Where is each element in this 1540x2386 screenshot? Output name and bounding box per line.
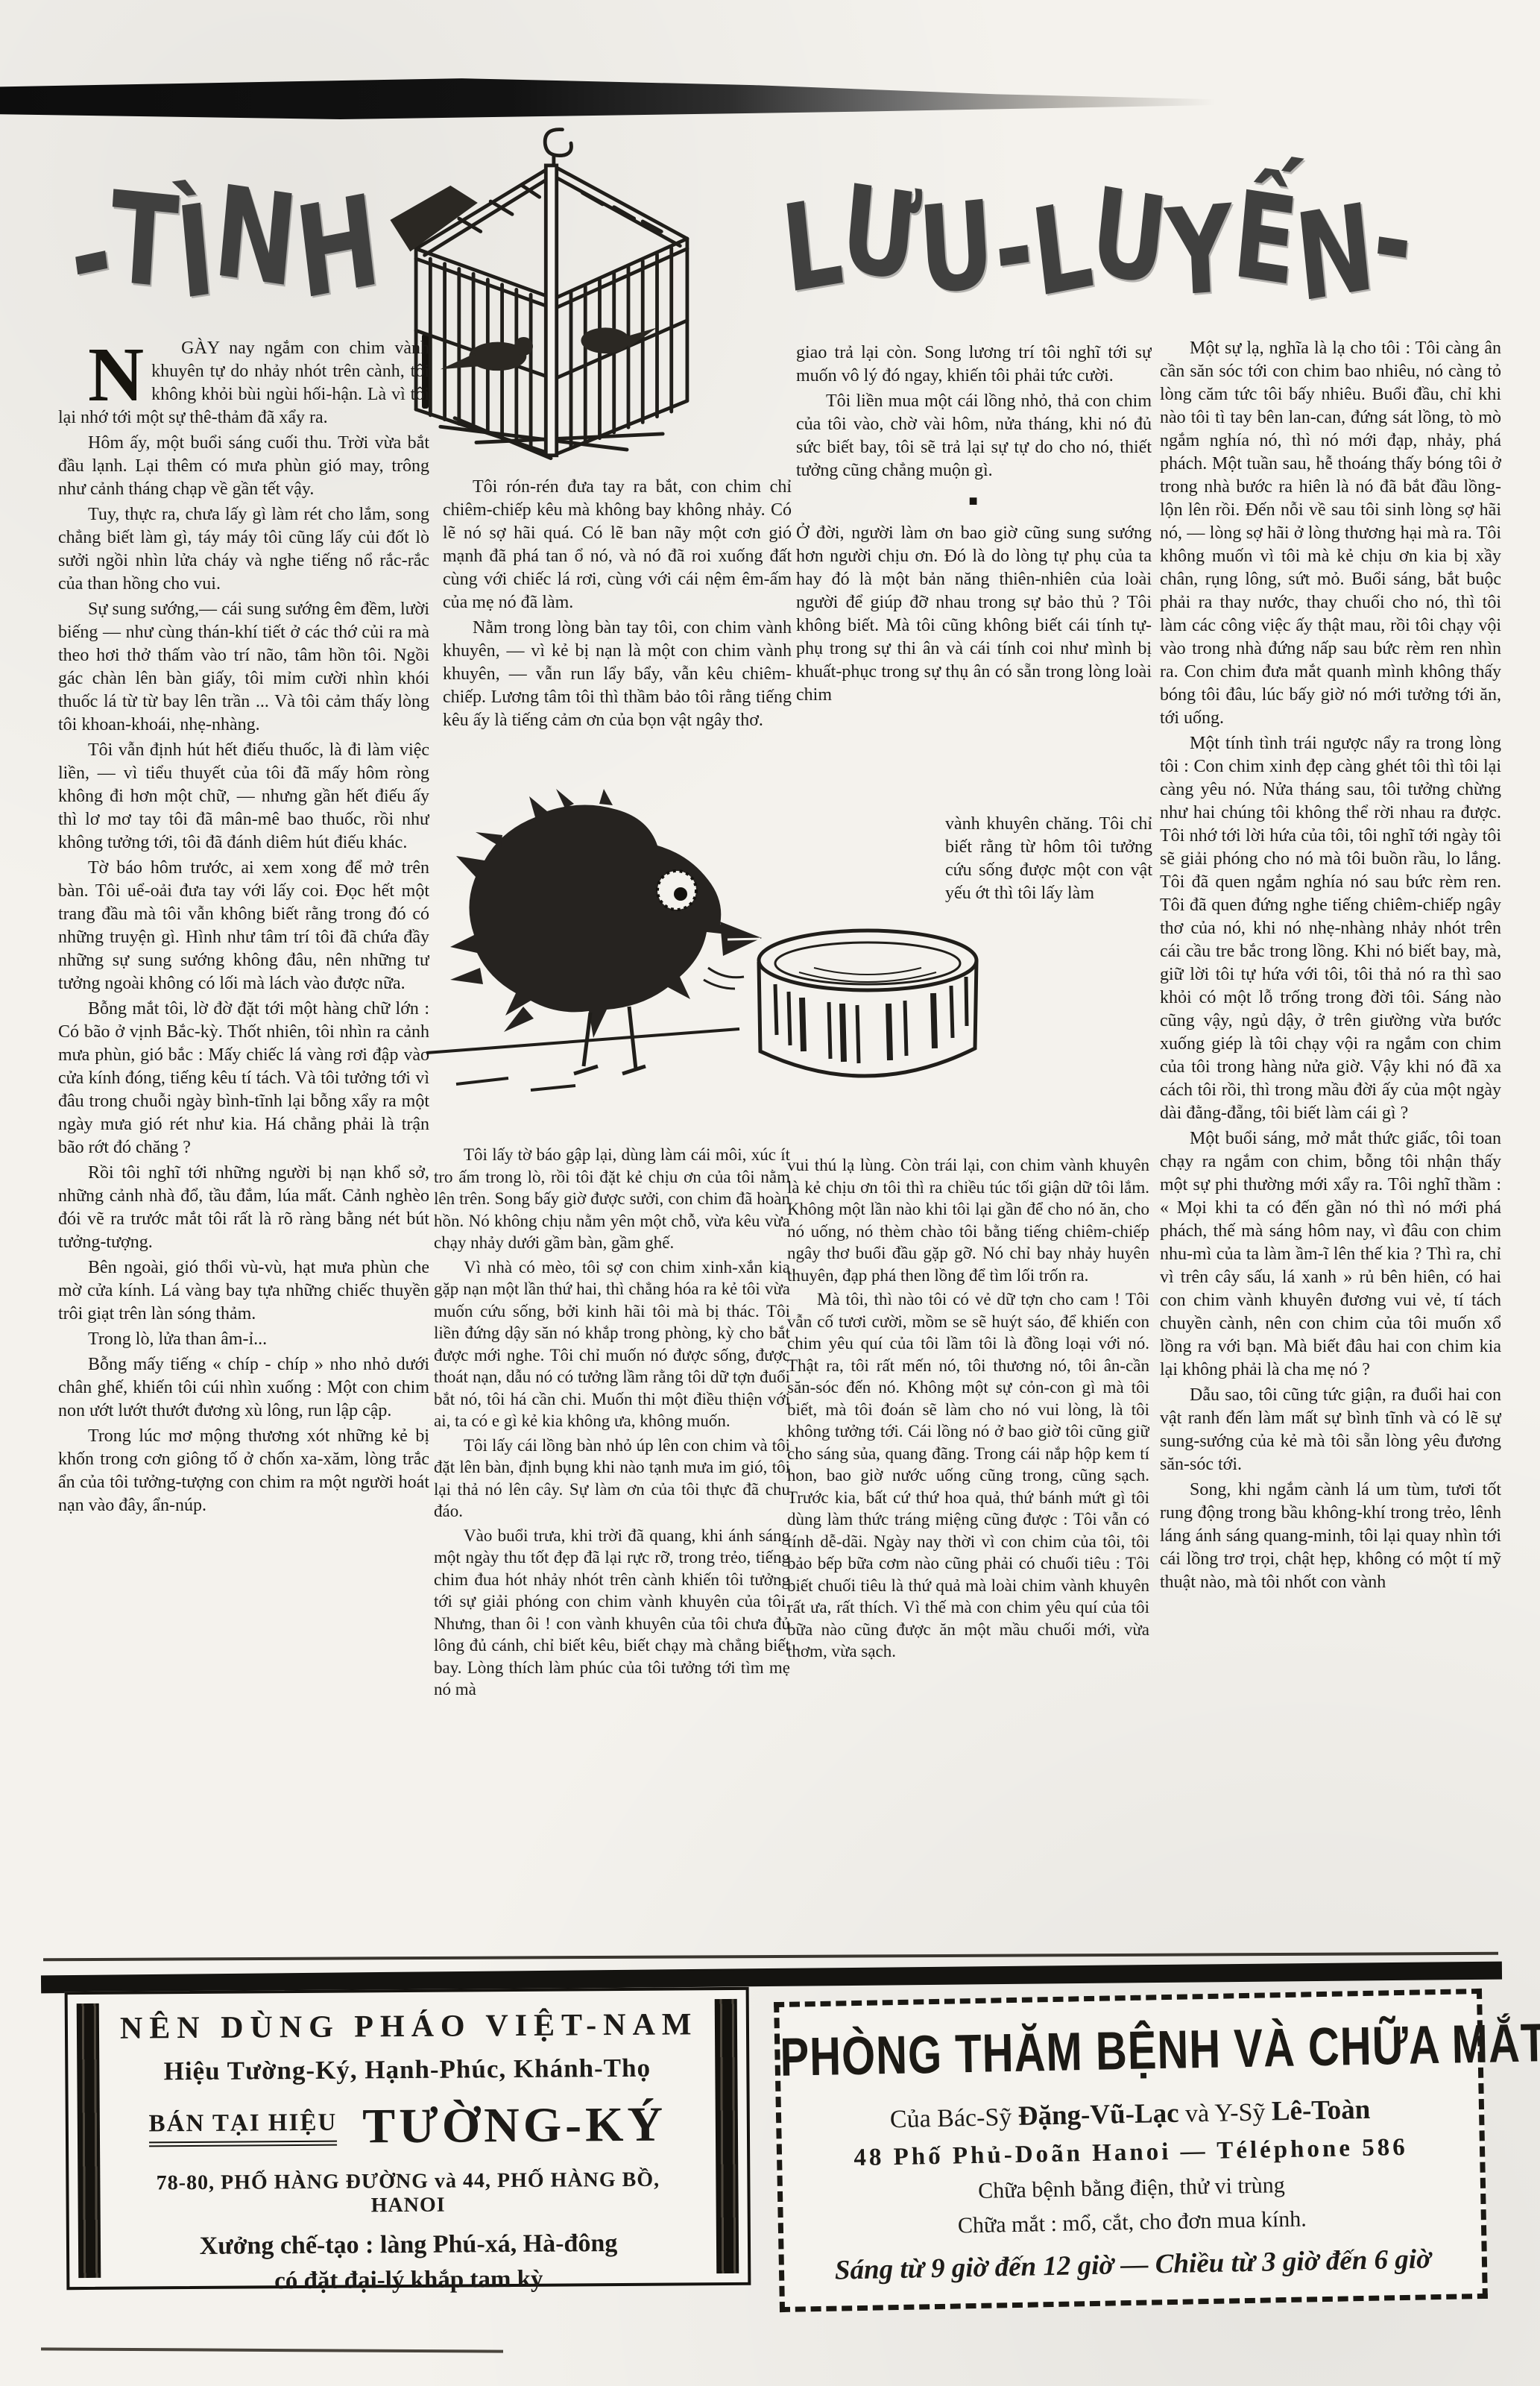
- paragraph: Nằm trong lòng bàn tay tôi, con chim vàn…: [443, 617, 792, 732]
- paragraph: vui thú lạ lùng. Còn trái lại, con chim …: [787, 1154, 1149, 1286]
- paragraph: Vì nhà có mèo, tôi sợ con chim xinh-xắn …: [434, 1256, 790, 1432]
- paragraph: Ở đời, người làm ơn bao giờ cũng sung sư…: [796, 522, 1152, 707]
- text-column-2-top: Tôi rón-rén đưa tay ra bắt, con chim chỉ…: [443, 476, 792, 796]
- paragraph: Trong lúc mơ mộng thương xót những kẻ bị…: [58, 1425, 429, 1517]
- ad-headline: NÊN DÙNG PHÁO VIỆT-NAM: [120, 2006, 694, 2046]
- section-break-ornament: ■: [796, 490, 1152, 513]
- ad-sell-label: BÁN TẠI HIỆU: [148, 2109, 337, 2147]
- fireworks-ad: NÊN DÙNG PHÁO VIỆT-NAM Hiệu Tường-Ký, Hạ…: [65, 1987, 751, 2290]
- paragraph: Trong lò, lửa than âm-ỉ...: [58, 1328, 429, 1351]
- paragraph: Một sự lạ, nghĩa là lạ cho tôi : Tôi càn…: [1160, 337, 1501, 730]
- paragraph: Bên ngoài, gió thổi vù-vù, hạt mưa phùn …: [58, 1256, 429, 1326]
- footer-rule: [41, 2347, 503, 2352]
- ornament-bar-left: [77, 2003, 101, 2278]
- ad-doctors-mid: và Y-Sỹ: [1178, 2098, 1272, 2127]
- paragraph: Tuy, thực ra, chưa lấy gì làm rét cho lắ…: [58, 503, 429, 596]
- text-column-2-bottom: Tôi lấy tờ báo gập lại, dùng làm cái môi…: [434, 1144, 790, 1952]
- page-title-right: LƯU - LUYẾN-: [695, 169, 1498, 319]
- ad-service-1: Chữa bệnh bằng điện, thử vi trùng: [783, 2169, 1480, 2208]
- paragraph: Tôi lấy tờ báo gập lại, dùng làm cái môi…: [434, 1144, 790, 1254]
- scan-artifact-bar: [0, 78, 1215, 119]
- ad-doctors: Của Bác-Sỹ Đặng-Vũ-Lạc và Y-Sỹ Lê-Toàn: [781, 2091, 1480, 2137]
- column-2-top-paragraphs: Tôi rón-rén đưa tay ra bắt, con chim chỉ…: [443, 476, 792, 732]
- ad-headline: PHÒNG THĂM BỆNH VÀ CHỮA MẮT: [780, 2013, 1478, 2089]
- fireworks-ad-content: NÊN DÙNG PHÁO VIỆT-NAM Hiệu Tường-Ký, Hạ…: [120, 2006, 695, 2276]
- column-1-paragraphs: Hôm ấy, một buổi sáng cuối thu. Trời vừa…: [58, 432, 429, 1517]
- text-column-3-top: giao trả lại còn. Song lương trí tôi ngh…: [796, 341, 1152, 811]
- ad-address: 78-80, PHỐ HÀNG ĐƯỜNG và 44, PHỐ HÀNG BỒ…: [121, 2168, 695, 2219]
- ad-hours: Sáng từ 9 giờ đến 12 giờ — Chiều từ 3 gi…: [784, 2242, 1483, 2288]
- drop-cap: N: [58, 337, 151, 405]
- ad-brand-name: TƯỜNG-KÝ: [362, 2097, 666, 2156]
- fledgling-bird-illustration: [411, 789, 985, 1139]
- paragraph: Tôi vẫn định hút hết điếu thuốc, là đi l…: [58, 739, 429, 854]
- divider-rule-thick: [41, 1962, 1502, 1994]
- paragraph: Một tính tình trái ngược nẩy ra trong lò…: [1160, 732, 1501, 1125]
- paragraph: Dẫu sao, tôi cũng tức giận, ra đuổi hai …: [1160, 1384, 1501, 1476]
- paragraph: Tôi lấy cái lồng bàn nhỏ úp lên con chim…: [434, 1435, 790, 1523]
- newspaper-page: -TÌNH LƯU - LUYẾN-: [0, 0, 1540, 2386]
- lead-paragraph: NGÀY nay ngắm con chim vành khuyên tự do…: [58, 337, 429, 429]
- ad-doctors-pre: Của Bác-Sỹ: [890, 2103, 1019, 2133]
- text-column-1: NGÀY nay ngắm con chim vành khuyên tự do…: [58, 337, 429, 1957]
- paragraph: Song, khi ngắm cành lá um tùm, tươi tốt …: [1160, 1479, 1501, 1594]
- paragraph: Tôi rón-rén đưa tay ra bắt, con chim chỉ…: [443, 476, 792, 614]
- page-title-left: -TÌNH: [43, 166, 404, 324]
- paragraph: Mà tôi, thì nào tôi có vẻ dữ tợn cho cam…: [787, 1288, 1149, 1663]
- ad-address: 48 Phố Phủ-Doãn Hanoi — Téléphone 586: [782, 2132, 1480, 2173]
- text-column-4: Một sự lạ, nghĩa là lạ cho tôi : Tôi càn…: [1160, 337, 1501, 1960]
- ad-subline: Hiệu Tường-Ký, Hạnh-Phúc, Khánh-Thọ: [120, 2053, 694, 2086]
- paragraph: Bỗng mấy tiếng « chíp - chíp » nho nhỏ d…: [58, 1353, 429, 1423]
- paragraph: Hôm ấy, một buổi sáng cuối thu. Trời vừa…: [58, 432, 429, 501]
- water-bowl: [759, 931, 976, 1076]
- column-3-top-paragraphs: giao trả lại còn. Song lương trí tôi ngh…: [796, 341, 1152, 482]
- clinic-ad: PHÒNG THĂM BỆNH VÀ CHỮA MẮT Của Bác-Sỹ Đ…: [774, 1989, 1488, 2312]
- paragraph: Một buổi sáng, mở mắt thức giấc, tôi toa…: [1160, 1127, 1501, 1382]
- bird-eye: [657, 871, 696, 910]
- text-column-3-bottom: vui thú lạ lùng. Còn trái lại, con chim …: [787, 1154, 1149, 1952]
- bird-cage-illustration: [384, 125, 719, 470]
- cage-center-post: [546, 166, 556, 456]
- ad-service-2: Chữa mắt : mổ, cắt, cho đơn mua kính.: [783, 2203, 1481, 2242]
- paragraph: giao trả lại còn. Song lương trí tôi ngh…: [796, 341, 1152, 388]
- column-3-mid-paragraphs: Ở đời, người làm ơn bao giờ cũng sung sư…: [796, 522, 1152, 707]
- paragraph: Tờ báo hôm trước, ai xem xong để mở trên…: [58, 857, 429, 995]
- bird-body: [450, 789, 762, 1038]
- paragraph: Bỗng mắt tôi, lờ đờ đặt tới một hàng chữ…: [58, 998, 429, 1159]
- paragraph: Rồi tôi nghĩ tới những người bị nạn khổ …: [58, 1162, 429, 1254]
- ornament-bar-right: [715, 1999, 739, 2273]
- ad-agents: có đặt đại-lý khắp tam kỳ: [122, 2264, 695, 2296]
- ad-doctor-2: Lê-Toàn: [1272, 2094, 1371, 2127]
- ad-doctor-1: Đặng-Vũ-Lạc: [1017, 2098, 1179, 2132]
- column-3-bottom-paragraphs: vui thú lạ lùng. Còn trái lại, con chim …: [787, 1154, 1149, 1663]
- column-4-paragraphs: Một sự lạ, nghĩa là lạ cho tôi : Tôi càn…: [1160, 337, 1501, 1594]
- column-2-bottom-paragraphs: Tôi lấy tờ báo gập lại, dùng làm cái môi…: [434, 1144, 790, 1701]
- paragraph: Sự sung sướng,— cái sung sướng êm đềm, l…: [58, 598, 429, 737]
- ad-factory: Xưởng chế-tạo : làng Phú-xá, Hà-đông: [122, 2229, 695, 2261]
- paragraph: Vào buổi trưa, khi trời đã quang, khi án…: [434, 1525, 790, 1701]
- paragraph: Tôi liền mua một cái lồng nhỏ, thả con c…: [796, 390, 1152, 482]
